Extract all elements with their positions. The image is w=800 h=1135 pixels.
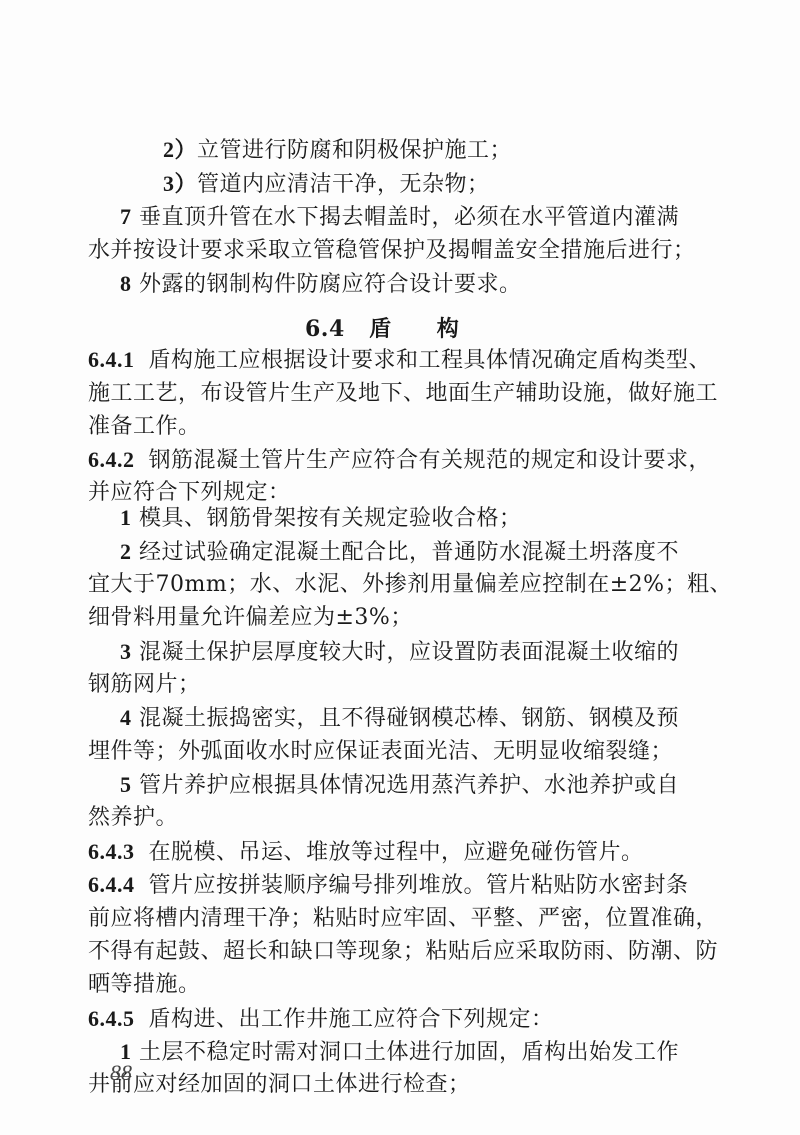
text-line: 井前应对经加固的洞口土体进行检查； bbox=[88, 1070, 471, 1100]
text-line: 不得有起鼓、超长和缺口等现象；粘贴后应采取防雨、防潮、防 bbox=[88, 937, 718, 967]
text-line: 晒等措施。 bbox=[88, 970, 201, 1000]
line-text: 前应将槽内清理干净；粘贴时应牢固、平整、严密，位置准确， bbox=[88, 906, 718, 931]
line-text: 晒等措施。 bbox=[88, 972, 201, 997]
text-line: 1 土层不稳定时需对洞口土体进行加固，盾构出始发工作 bbox=[120, 1037, 679, 1068]
text-line: 前应将槽内清理干净；粘贴时应牢固、平整、严密，位置准确， bbox=[88, 904, 718, 934]
item-number: 4 bbox=[120, 705, 132, 730]
line-text: 水并按设计要求采取立管稳管保护及揭帽盖安全措施后进行； bbox=[88, 238, 696, 263]
text-line: 水并按设计要求采取立管稳管保护及揭帽盖安全措施后进行； bbox=[88, 236, 696, 266]
text-line: 7 垂直顶升管在水下揭去帽盖时，必须在水平管道内灌满 bbox=[120, 202, 679, 233]
section-title: 6.4 盾 构 bbox=[305, 314, 459, 344]
text-line: 4 混凝土振捣密实，且不得碰钢模芯棒、钢筋、钢模及预 bbox=[120, 703, 679, 734]
section-number: 6.4 bbox=[305, 316, 345, 342]
line-text: 在脱模、吊运、堆放等过程中，应避免碰伤管片。 bbox=[149, 840, 644, 865]
text-line: 然养护。 bbox=[88, 803, 178, 833]
line-text: 管片应按拼装顺序编号排列堆放。管片粘贴防水密封条 bbox=[149, 873, 689, 898]
line-text: 并应符合下列规定： bbox=[88, 480, 291, 505]
line-text: 钢筋网片； bbox=[88, 672, 201, 697]
text-line: 6.4.3在脱模、吊运、堆放等过程中，应避免碰伤管片。 bbox=[88, 837, 644, 868]
line-text: 细骨料用量允许偏差应为±3%； bbox=[88, 605, 413, 630]
clause-number: 6.4.2 bbox=[88, 447, 135, 472]
text-line: 宜大于70mm；水、水泥、外掺剂用量偏差应控制在±2%；粗、 bbox=[88, 570, 732, 600]
text-line: 3）管道内应清洁干净，无杂物； bbox=[163, 169, 490, 200]
clause-number: 6.4.1 bbox=[88, 347, 135, 372]
line-text: 混凝土振捣密实，且不得碰钢模芯棒、钢筋、钢模及预 bbox=[132, 706, 680, 731]
text-line: 2 经过试验确定混凝土配合比，普通防水混凝土坍落度不 bbox=[120, 537, 679, 568]
text-line: 6.4.1盾构施工应根据设计要求和工程具体情况确定盾构类型、 bbox=[88, 345, 711, 376]
line-text: 盾构施工应根据设计要求和工程具体情况确定盾构类型、 bbox=[149, 348, 712, 373]
line-text: 土层不稳定时需对洞口土体进行加固，盾构出始发工作 bbox=[132, 1040, 680, 1065]
line-text: 准备工作。 bbox=[88, 414, 201, 439]
item-number: 5 bbox=[120, 772, 132, 797]
line-text: 立管进行防腐和阴极保护施工； bbox=[197, 138, 512, 163]
line-text: 模具、钢筋骨架按有关规定验收合格； bbox=[132, 506, 522, 531]
line-text: 垂直顶升管在水下揭去帽盖时，必须在水平管道内灌满 bbox=[132, 205, 680, 230]
item-number: 1 bbox=[120, 505, 132, 530]
clause-number: 6.4.3 bbox=[88, 839, 135, 864]
line-text: 不得有起鼓、超长和缺口等现象；粘贴后应采取防雨、防潮、防 bbox=[88, 939, 718, 964]
text-line: 6.4.5盾构进、出工作井施工应符合下列规定： bbox=[88, 1004, 554, 1035]
text-line: 施工工艺，布设管片生产及地下、地面生产辅助设施，做好施工 bbox=[88, 379, 718, 409]
text-line: 6.4.2钢筋混凝土管片生产应符合有关规范的规定和设计要求， bbox=[88, 445, 711, 476]
text-line: 埋件等；外弧面收水时应保证表面光洁、无明显收缩裂缝； bbox=[88, 737, 673, 767]
item-number: 3） bbox=[163, 171, 197, 196]
line-text: 埋件等；外弧面收水时应保证表面光洁、无明显收缩裂缝； bbox=[88, 739, 673, 764]
page-number: 88 bbox=[110, 1060, 132, 1086]
line-text: 经过试验确定混凝土配合比，普通防水混凝土坍落度不 bbox=[132, 540, 680, 565]
line-text: 管片养护应根据具体情况选用蒸汽养护、水池养护或自 bbox=[132, 773, 680, 798]
item-number: 8 bbox=[120, 271, 132, 296]
item-number: 2） bbox=[163, 137, 197, 162]
line-text: 钢筋混凝土管片生产应符合有关规范的规定和设计要求， bbox=[149, 448, 712, 473]
line-text: 盾构进、出工作井施工应符合下列规定： bbox=[149, 1007, 554, 1032]
text-line: 钢筋网片； bbox=[88, 670, 201, 700]
line-text: 混凝土保护层厚度较大时，应设置防表面混凝土收缩的 bbox=[132, 640, 680, 665]
item-number: 2 bbox=[120, 539, 132, 564]
text-line: 3 混凝土保护层厚度较大时，应设置防表面混凝土收缩的 bbox=[120, 637, 679, 668]
text-line: 5 管片养护应根据具体情况选用蒸汽养护、水池养护或自 bbox=[120, 770, 679, 801]
text-line: 2）立管进行防腐和阴极保护施工； bbox=[163, 135, 512, 166]
text-line: 细骨料用量允许偏差应为±3%； bbox=[88, 603, 413, 633]
line-text: 施工工艺，布设管片生产及地下、地面生产辅助设施，做好施工 bbox=[88, 381, 718, 406]
line-text: 井前应对经加固的洞口土体进行检查； bbox=[88, 1072, 471, 1097]
item-number: 7 bbox=[120, 204, 132, 229]
line-text: 宜大于70mm；水、水泥、外掺剂用量偏差应控制在±2%；粗、 bbox=[88, 572, 732, 597]
line-text: 管道内应清洁干净，无杂物； bbox=[197, 172, 490, 197]
text-line: 准备工作。 bbox=[88, 412, 201, 442]
item-number: 3 bbox=[120, 639, 132, 664]
line-text: 外露的钢制构件防腐应符合设计要求。 bbox=[132, 272, 522, 297]
text-line: 6.4.4管片应按拼装顺序编号排列堆放。管片粘贴防水密封条 bbox=[88, 870, 689, 901]
text-line: 1 模具、钢筋骨架按有关规定验收合格； bbox=[120, 503, 522, 534]
section-name: 盾 构 bbox=[369, 316, 459, 342]
clause-number: 6.4.5 bbox=[88, 1006, 135, 1031]
line-text: 然养护。 bbox=[88, 805, 178, 830]
clause-number: 6.4.4 bbox=[88, 872, 135, 897]
text-line: 8 外露的钢制构件防腐应符合设计要求。 bbox=[120, 269, 522, 300]
